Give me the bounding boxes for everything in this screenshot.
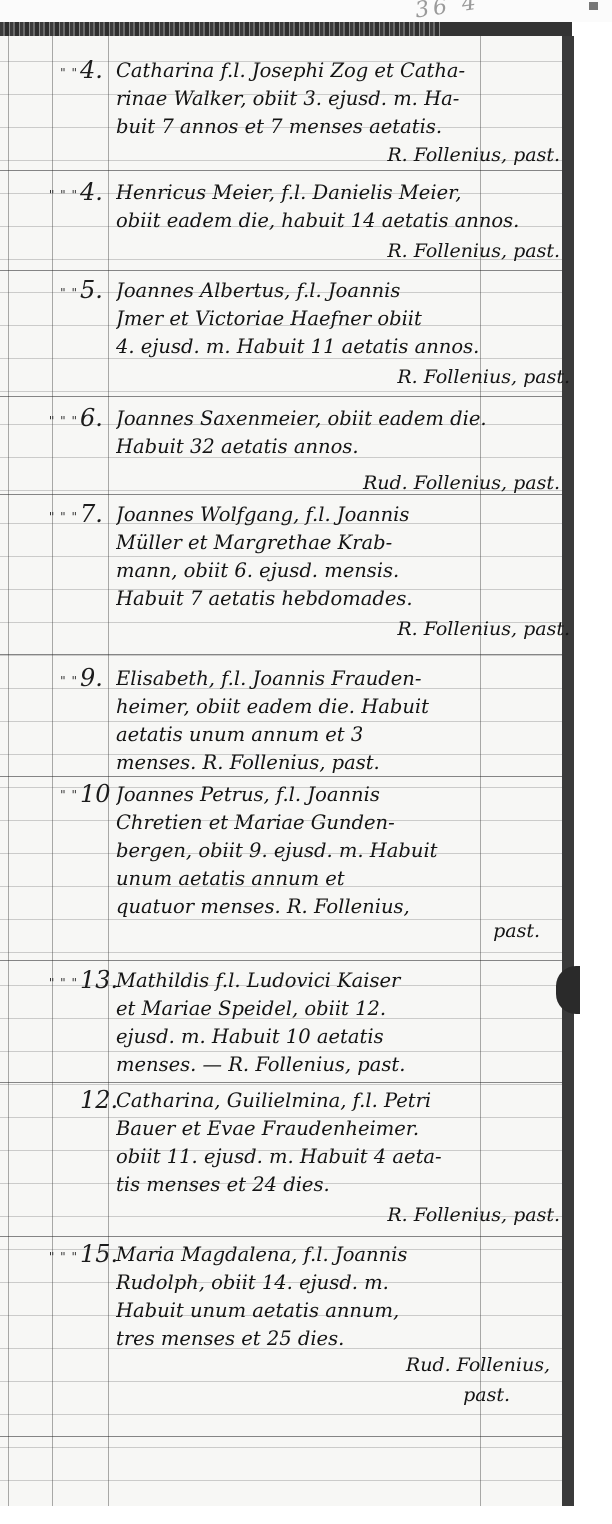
ditto-marks: " " " xyxy=(20,414,78,428)
entry-line: Joannes Wolfgang, f.l. Joannis xyxy=(116,502,564,528)
entry-line: Bauer et Evae Fraudenheimer. xyxy=(116,1116,564,1142)
entry-line: tres menses et 25 dies. xyxy=(116,1326,564,1352)
scan-margin-right xyxy=(574,22,612,1524)
entry-divider xyxy=(0,776,562,777)
entry-divider xyxy=(0,1236,562,1237)
entry-line: heimer, obiit eadem die. Habuit xyxy=(116,694,564,720)
entry-line: quatuor menses. R. Follenius, xyxy=(116,894,564,920)
entry-line: menses. R. Follenius, past. xyxy=(116,750,564,776)
day-number: 7. xyxy=(80,500,110,528)
entry-line: Habuit 32 aetatis annos. xyxy=(116,434,564,460)
entry-line: bergen, obiit 9. ejusd. m. Habuit xyxy=(116,838,564,864)
entry-divider xyxy=(0,654,562,655)
scan-band-dark xyxy=(440,22,572,36)
entry-line: tis menses et 24 dies. xyxy=(116,1172,564,1198)
priest-signature: R. Follenius, past. xyxy=(310,144,560,166)
entry-line: ejusd. m. Habuit 10 aetatis xyxy=(116,1024,564,1050)
entry-line: Joannes Albertus, f.l. Joannis xyxy=(116,278,564,304)
ditto-marks: " " xyxy=(20,66,78,80)
day-number: 4. xyxy=(80,178,110,206)
day-number: 5. xyxy=(80,276,110,304)
priest-signature: R. Follenius, past. xyxy=(320,366,570,388)
entry-line: Habuit 7 aetatis hebdomades. xyxy=(116,586,564,612)
entry-line: unum aetatis annum et xyxy=(116,866,564,892)
entry-line: et Mariae Speidel, obiit 12. xyxy=(116,996,564,1022)
ditto-marks: " " " xyxy=(20,510,78,524)
priest-signature: R. Follenius, past. xyxy=(310,1204,560,1226)
entry-line: mann, obiit 6. ejusd. mensis. xyxy=(116,558,564,584)
day-number: 10 xyxy=(80,780,110,808)
entry-line: Jmer et Victoriae Haefner obiit xyxy=(116,306,564,332)
entry-line: menses. — R. Follenius, past. xyxy=(116,1052,564,1078)
priest-signature: R. Follenius, past. xyxy=(320,618,570,640)
priest-signature: R. Follenius, past. xyxy=(310,240,560,262)
entry-line: Maria Magdalena, f.l. Joannis xyxy=(116,1242,564,1268)
day-number: 13. xyxy=(80,966,110,994)
day-number: 6. xyxy=(80,404,110,432)
entry-line: Henricus Meier, f.l. Danielis Meier, xyxy=(116,180,564,206)
priest-signature-title: past. xyxy=(260,1384,510,1406)
day-number: 9. xyxy=(80,664,110,692)
entry-line: Catharina, Guilielmina, f.l. Petri xyxy=(116,1088,564,1114)
entry-line: Mathildis f.l. Ludovici Kaiser xyxy=(116,968,564,994)
entry-line: Chretien et Mariae Gunden- xyxy=(116,810,564,836)
ditto-marks: " " " xyxy=(20,188,78,202)
corner-mark xyxy=(589,2,598,10)
top-margin xyxy=(0,0,612,22)
ditto-marks: " " xyxy=(20,674,78,688)
entry-divider xyxy=(0,1082,562,1083)
entry-divider xyxy=(0,396,562,397)
day-number: 15. xyxy=(80,1240,110,1268)
column-rule-day xyxy=(108,36,109,1506)
entry-line: Joannes Petrus, f.l. Joannis xyxy=(116,782,564,808)
margin-rule xyxy=(8,36,9,1506)
entry-line: Elisabeth, f.l. Joannis Frauden- xyxy=(116,666,564,692)
day-number: 12. xyxy=(80,1086,110,1114)
ditto-marks: " " xyxy=(20,286,78,300)
entry-line: Catharina f.l. Josephi Zog et Catha- xyxy=(116,58,564,84)
entry-line: Habuit unum aetatis annum, xyxy=(116,1298,564,1324)
entry-line: Müller et Margrethae Krab- xyxy=(116,530,564,556)
column-rule-ditto xyxy=(52,36,53,1506)
entry-divider xyxy=(0,960,562,961)
priest-signature: Rud. Follenius, past. xyxy=(310,472,560,494)
priest-signature: Rud. Follenius, xyxy=(300,1354,550,1376)
ditto-marks: " " " xyxy=(20,1250,78,1264)
entry-line: 4. ejusd. m. Habuit 11 aetatis annos. xyxy=(116,334,564,360)
priest-signature: past. xyxy=(290,920,540,942)
entry-line: obiit 11. ejusd. m. Habuit 4 aeta- xyxy=(116,1144,564,1170)
entry-line: obiit eadem die, habuit 14 aetatis annos… xyxy=(116,208,564,234)
ditto-marks: " " xyxy=(20,788,78,802)
entry-line: Rudolph, obiit 14. ejusd. m. xyxy=(116,1270,564,1296)
entry-divider xyxy=(0,170,562,171)
entry-line: Joannes Saxenmeier, obiit eadem die. xyxy=(116,406,564,432)
entry-divider xyxy=(0,1436,562,1437)
day-number: 4. xyxy=(80,56,110,84)
entry-line: aetatis unum annum et 3 xyxy=(116,722,564,748)
entry-line: buit 7 annos et 7 menses aetatis. xyxy=(116,114,564,140)
ditto-marks: " " " xyxy=(20,976,78,990)
entry-divider xyxy=(0,494,562,495)
entry-line: rinae Walker, obiit 3. ejusd. m. Ha- xyxy=(116,86,564,112)
entry-divider xyxy=(0,270,562,271)
